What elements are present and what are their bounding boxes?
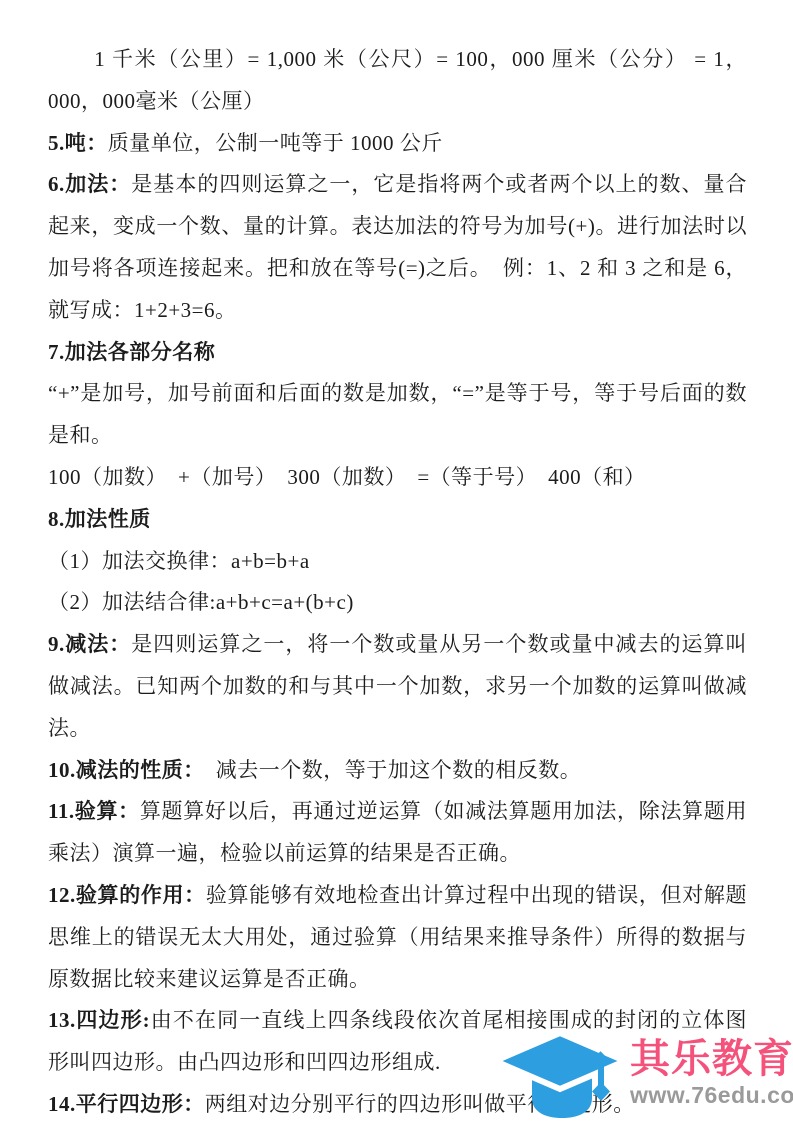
term-label: 6.加法：	[48, 172, 131, 196]
term-label: 8.加法性质	[48, 507, 151, 531]
text-run: “+”是加号，加号前面和后面的数是加数，“=”是等于号，等于号后面的数是和。	[48, 381, 747, 447]
term-label: 13.四边形:	[48, 1008, 150, 1032]
document-body: 1 千米（公里）= 1,000 米（公尺）= 100，000 厘米（公分） = …	[48, 39, 747, 1122]
graduation-cap-icon	[494, 1032, 628, 1122]
term-label: 7.加法各部分名称	[48, 340, 215, 364]
paragraph: 8.加法性质	[48, 499, 747, 541]
paragraph: 6.加法：是基本的四则运算之一，它是指将两个或者两个以上的数、量合起来，变成一个…	[48, 164, 747, 331]
paragraph: 1 千米（公里）= 1,000 米（公尺）= 100，000 厘米（公分） = …	[48, 39, 747, 123]
text-run: 是四则运算之一，将一个数或量从另一个数或量中减去的运算叫做减法。已知两个加数的和…	[48, 632, 747, 740]
site-logo: 其乐教育 www.76edu.com	[494, 1032, 793, 1122]
text-run: （2）加法结合律:a+b+c=a+(b+c)	[48, 590, 354, 614]
term-label: 12.验算的作用：	[48, 883, 206, 907]
paragraph: 7.加法各部分名称	[48, 332, 747, 374]
text-run: （1）加法交换律：a+b=b+a	[48, 549, 310, 573]
brand-name: 其乐教育	[630, 1036, 793, 1082]
paragraph: 5.吨：质量单位，公制一吨等于 1000 公斤	[48, 123, 747, 165]
paragraph: （2）加法结合律:a+b+c=a+(b+c)	[48, 582, 747, 624]
paragraph: 11.验算：算题算好以后，再通过逆运算（如减法算题用加法，除法算题用乘法）演算一…	[48, 791, 747, 875]
paragraph: 9.减法：是四则运算之一，将一个数或量从另一个数或量中减去的运算叫做减法。已知两…	[48, 624, 747, 749]
paragraph: “+”是加号，加号前面和后面的数是加数，“=”是等于号，等于号后面的数是和。	[48, 373, 747, 457]
logo-text-block: 其乐教育 www.76edu.com	[630, 1032, 793, 1108]
term-label: 9.减法：	[48, 632, 131, 656]
website-url: www.76edu.com	[630, 1082, 793, 1108]
text-run: 100（加数） +（加号） 300（加数） =（等于号） 400（和）	[48, 465, 646, 489]
term-label: 10.减法的性质：	[48, 758, 194, 782]
term-label: 11.验算：	[48, 799, 140, 823]
paragraph: 100（加数） +（加号） 300（加数） =（等于号） 400（和）	[48, 457, 747, 499]
text-run: 减去一个数，等于加这个数的相反数。	[194, 758, 581, 782]
paragraph: 10.减法的性质： 减去一个数，等于加这个数的相反数。	[48, 750, 747, 792]
document-page: 1 千米（公里）= 1,000 米（公尺）= 100，000 厘米（公分） = …	[0, 0, 793, 1122]
term-label: 5.吨：	[48, 131, 108, 155]
paragraph: （1）加法交换律：a+b=b+a	[48, 541, 747, 583]
text-run: 1 千米（公里）= 1,000 米（公尺）= 100，000 厘米（公分） = …	[48, 47, 747, 113]
text-run: 是基本的四则运算之一，它是指将两个或者两个以上的数、量合起来，变成一个数、量的计…	[48, 172, 747, 321]
text-run: 算题算好以后，再通过逆运算（如减法算题用加法，除法算题用乘法）演算一遍，检验以前…	[48, 799, 747, 865]
term-label: 14.平行四边形：	[48, 1092, 205, 1116]
paragraph: 12.验算的作用：验算能够有效地检查出计算过程中出现的错误，但对解题思维上的错误…	[48, 875, 747, 1000]
text-run: 质量单位，公制一吨等于 1000 公斤	[108, 131, 443, 155]
